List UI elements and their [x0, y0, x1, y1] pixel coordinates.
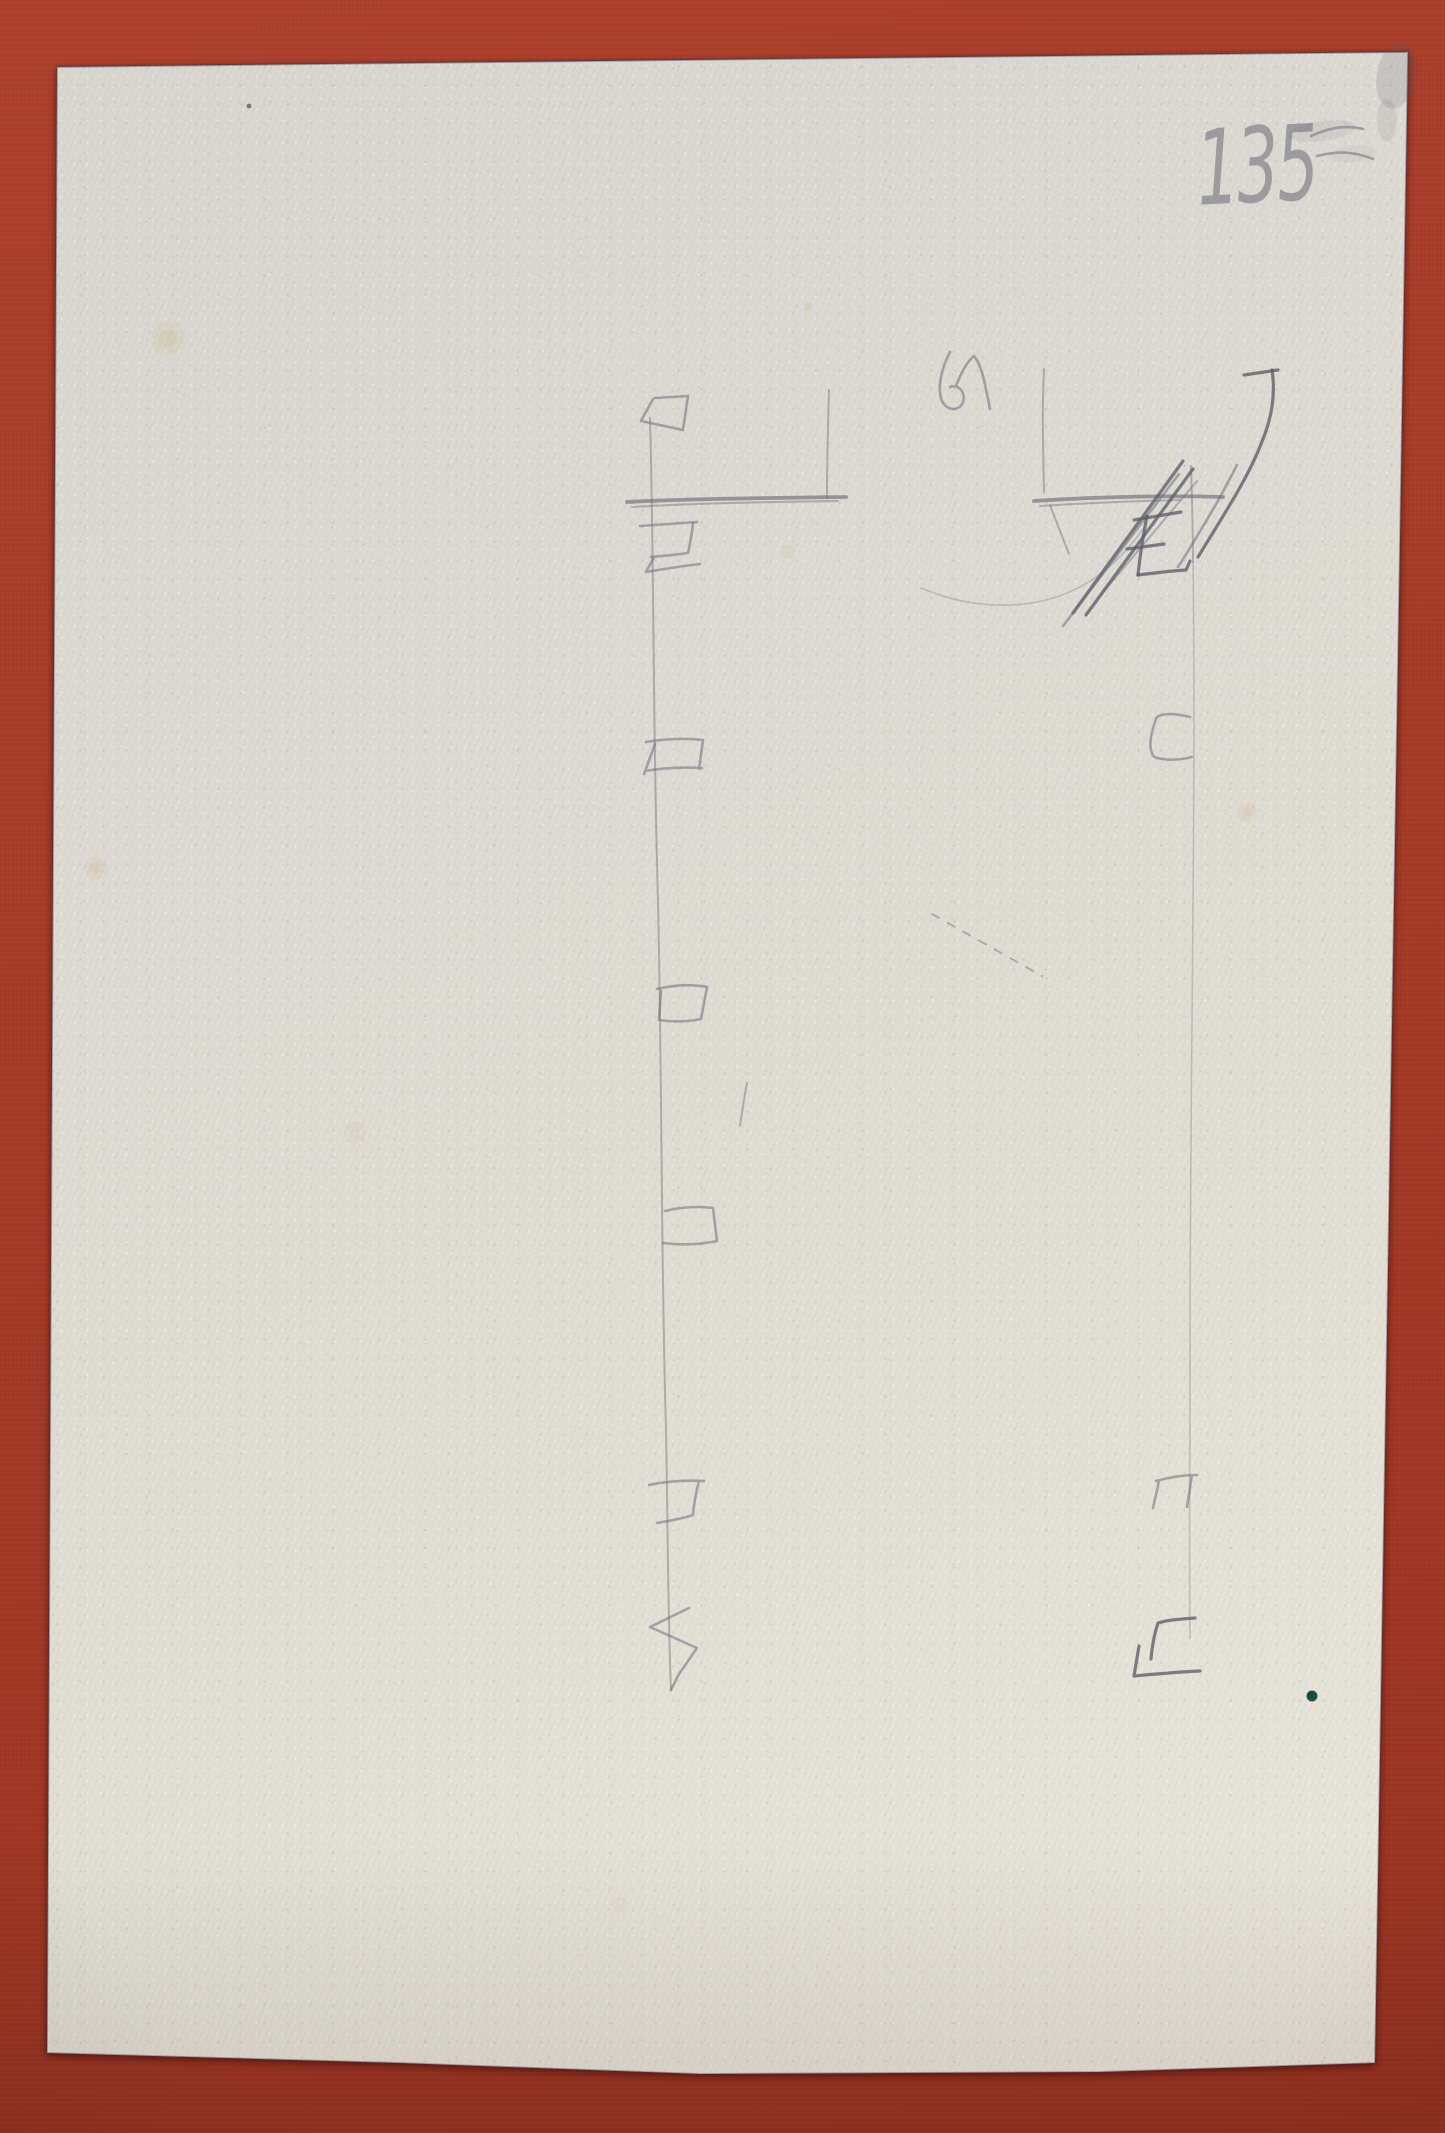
left-ledge-2	[640, 522, 697, 526]
green-ink-dot	[1307, 1691, 1318, 1702]
paper-edge-line	[47, 52, 1408, 2074]
inscription-text: 135	[1193, 102, 1319, 230]
right-vertical-stub	[1043, 369, 1044, 492]
square-hinge-mark-2	[657, 985, 707, 1021]
ledger-end-tick	[827, 390, 829, 498]
corner-smudge	[1370, 38, 1423, 142]
right-ledger-line	[1034, 496, 1223, 501]
bracket-mark-right-1	[1150, 714, 1192, 760]
photo-scene: 135	[0, 0, 1445, 2133]
paper-stains	[84, 104, 1257, 1913]
flag-triangle-mark	[641, 396, 688, 430]
square-hinge-mark-3	[663, 1207, 717, 1244]
pencil-sketch-overlay: 135	[0, 0, 1445, 2133]
mid-tick-mark	[740, 1083, 747, 1126]
left-wall-line	[627, 390, 846, 1690]
step-mark	[646, 523, 700, 572]
dark-speck	[247, 104, 252, 109]
center-squiggle-mark	[940, 352, 990, 409]
bracket-mark-left	[649, 1481, 704, 1523]
scratch-line	[932, 914, 1042, 976]
square-hinge-mark-1	[644, 739, 703, 774]
jamb-curve	[1050, 505, 1069, 554]
door-swing-arc	[921, 528, 1144, 605]
zigzag-arrow-mark	[650, 1608, 697, 1690]
inscription-135: 135	[1193, 102, 1378, 230]
right-structure	[921, 369, 1278, 1676]
left-wall-stroke	[650, 418, 671, 1690]
door-leaf-diagonals	[1063, 461, 1197, 626]
